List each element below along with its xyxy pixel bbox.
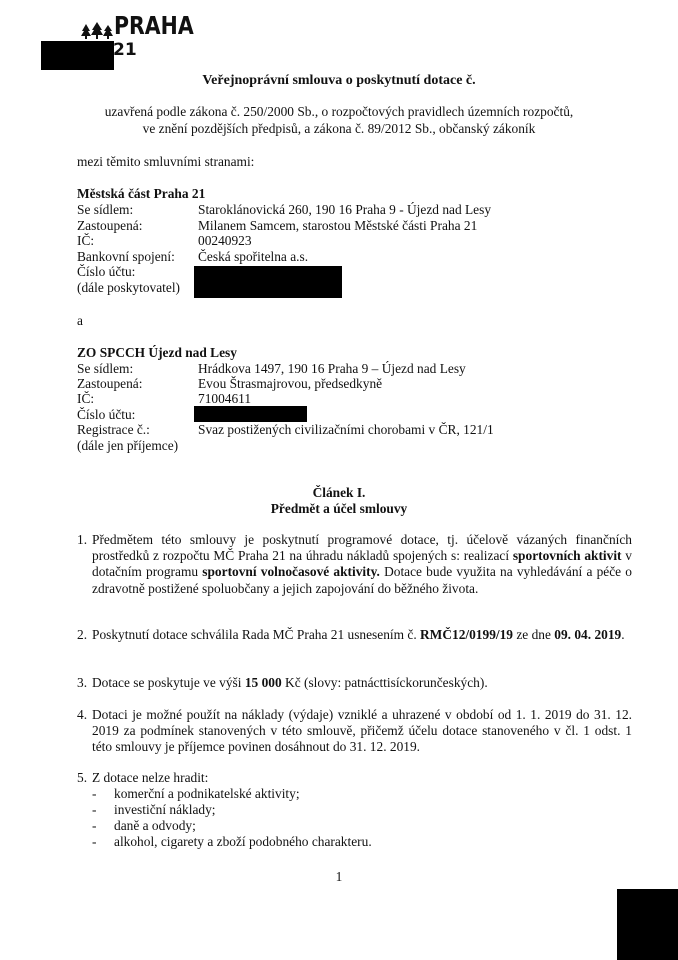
clause-1-number: 1. bbox=[77, 532, 87, 548]
article-number: Článek I. bbox=[0, 485, 678, 501]
clause-5: Z dotace nelze hradit: bbox=[92, 770, 632, 786]
redaction-box bbox=[617, 889, 678, 960]
clause-4-number: 4. bbox=[77, 707, 87, 723]
clause-3: Dotace se poskytuje ve výši 15 000 Kč (s… bbox=[92, 675, 632, 691]
clause-2: Poskytnutí dotace schválila Rada MČ Prah… bbox=[92, 627, 632, 643]
provider-label-hereinafter: (dále poskytovatel) bbox=[77, 280, 180, 296]
provider-label-seat: Se sídlem: bbox=[77, 202, 133, 218]
clause-2-number: 2. bbox=[77, 627, 87, 643]
bullet-dash: - bbox=[92, 834, 96, 850]
provider-label-bank: Bankovní spojení: bbox=[77, 249, 175, 265]
bullet-dash: - bbox=[92, 818, 96, 834]
recipient-registration: Svaz postižených civilizačními chorobami… bbox=[198, 422, 494, 438]
article-heading: Předmět a účel smlouvy bbox=[0, 501, 678, 517]
recipient-name: ZO SPCCH Újezd nad Lesy bbox=[77, 345, 237, 361]
provider-label-ic: IČ: bbox=[77, 233, 94, 249]
subtitle-line-2: ve znění pozdějších předpisů, a zákona č… bbox=[0, 121, 678, 137]
clause-4: Dotaci je možné použít na náklady (výdaj… bbox=[92, 707, 632, 756]
provider-label-represented: Zastoupená: bbox=[77, 218, 142, 234]
provider-seat: Staroklánovická 260, 190 16 Praha 9 - Új… bbox=[198, 202, 491, 218]
provider-name: Městská část Praha 21 bbox=[77, 186, 205, 202]
redaction-box bbox=[41, 41, 114, 70]
clause-3-number: 3. bbox=[77, 675, 87, 691]
bullet-dash: - bbox=[92, 802, 96, 818]
recipient-label-represented: Zastoupená: bbox=[77, 376, 142, 392]
redaction-box bbox=[194, 406, 307, 422]
recipient-seat: Hrádkova 1497, 190 16 Praha 9 – Újezd na… bbox=[198, 361, 466, 377]
exclusion-item: investiční náklady; bbox=[114, 802, 216, 818]
provider-represented: Milanem Samcem, starostou Městské části … bbox=[198, 218, 477, 234]
clause-1: Předmětem této smlouvy je poskytnutí pro… bbox=[92, 532, 632, 597]
parties-intro: mezi těmito smluvními stranami: bbox=[77, 154, 254, 170]
recipient-label-ic: IČ: bbox=[77, 391, 94, 407]
document-title: Veřejnoprávní smlouva o poskytnutí dotac… bbox=[0, 73, 678, 89]
logo-wordmark: PRAHA bbox=[114, 11, 194, 40]
bullet-dash: - bbox=[92, 786, 96, 802]
provider-label-account: Číslo účtu: bbox=[77, 264, 135, 280]
logo-number: 21 bbox=[113, 40, 137, 60]
exclusion-item: daně a odvody; bbox=[114, 818, 196, 834]
recipient-represented: Evou Štrasmajrovou, předsedkyně bbox=[198, 376, 382, 392]
subtitle-line-1: uzavřená podle zákona č. 250/2000 Sb., o… bbox=[0, 104, 678, 120]
recipient-ic: 71004611 bbox=[198, 391, 251, 407]
provider-ic: 00240923 bbox=[198, 233, 252, 249]
exclusion-item: komerční a podnikatelské aktivity; bbox=[114, 786, 300, 802]
recipient-label-registration: Registrace č.: bbox=[77, 422, 150, 438]
page-number: 1 bbox=[0, 869, 678, 885]
trees-icon bbox=[81, 22, 114, 40]
recipient-label-seat: Se sídlem: bbox=[77, 361, 133, 377]
conjunction: a bbox=[77, 313, 83, 329]
recipient-label-account: Číslo účtu: bbox=[77, 407, 135, 423]
exclusion-item: alkohol, cigarety a zboží podobného char… bbox=[114, 834, 372, 850]
clause-5-number: 5. bbox=[77, 770, 87, 786]
recipient-label-hereinafter: (dále jen příjemce) bbox=[77, 438, 178, 454]
provider-bank: Česká spořitelna a.s. bbox=[198, 249, 308, 265]
redaction-box bbox=[194, 266, 342, 298]
